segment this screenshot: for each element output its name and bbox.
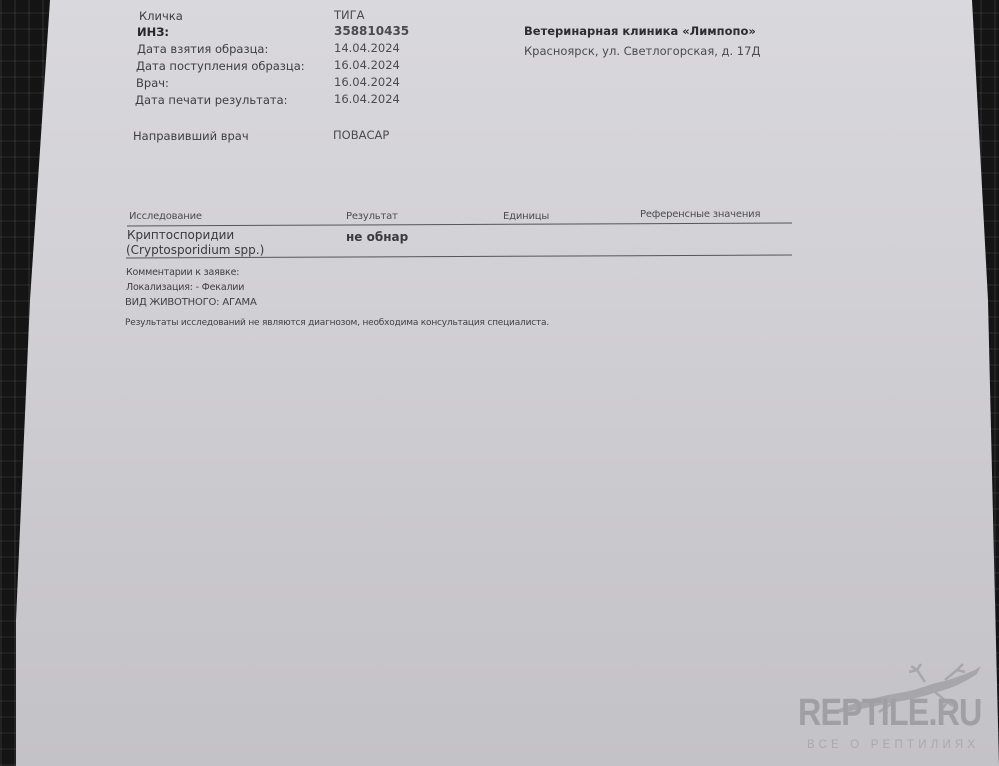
pet-name-value: ТИГА <box>334 8 365 22</box>
lab-report-sheet: Кличка ТИГА ИНЗ: 358810435 Дата взятия о… <box>0 0 999 766</box>
disclaimer: Результаты исследований не являются диаг… <box>125 318 549 328</box>
header-test: Исследование <box>129 211 202 222</box>
watermark-tagline: ВСЕ О РЕПТИЛИЯХ <box>807 739 979 751</box>
sample-date-value: 14.04.2024 <box>334 41 400 55</box>
localization-note: Локализация: - Фекалии <box>126 282 244 293</box>
reptile-ru-watermark: REPTILE.RU ВСЕ О РЕПТИЛИЯХ <box>795 662 985 757</box>
doctor-label: Врач: <box>136 76 169 90</box>
sample-date-label: Дата взятия образца: <box>137 42 268 56</box>
clinic-address: Красноярск, ул. Светлогорская, д. 17Д <box>524 44 760 58</box>
animal-type-note: ВИД ЖИВОТНОГО: АГАМА <box>125 297 257 308</box>
comments-title: Комментарии к заявке: <box>126 267 239 278</box>
referring-doctor-value: ПОВАСАР <box>333 128 389 142</box>
cut-off-text-line <box>334 0 388 3</box>
doctor-value: 16.04.2024 <box>334 75 400 89</box>
header-units: Единицы <box>503 211 549 222</box>
receipt-date-value: 16.04.2024 <box>334 58 400 72</box>
inz-value: 358810435 <box>334 24 409 38</box>
referring-doctor-label: Направивший врач <box>133 129 249 143</box>
print-date-value: 16.04.2024 <box>334 92 400 106</box>
test-result: не обнар <box>346 230 408 244</box>
table-header-divider <box>127 223 792 227</box>
pet-name-label: Кличка <box>139 9 183 23</box>
clinic-name: Ветеринарная клиника «Лимпопо» <box>524 24 756 38</box>
test-name-latin: (Cryptosporidium spp.) <box>126 243 264 257</box>
receipt-date-label: Дата поступления образца: <box>136 59 305 73</box>
header-result: Результат <box>346 211 398 222</box>
watermark-brand: REPTILE.RU <box>798 692 982 735</box>
header-reference: Референсные значения <box>640 209 760 220</box>
inz-label: ИНЗ: <box>137 25 169 39</box>
print-date-label: Дата печати результата: <box>135 93 288 107</box>
test-name: Криптоспоридии <box>127 228 234 242</box>
